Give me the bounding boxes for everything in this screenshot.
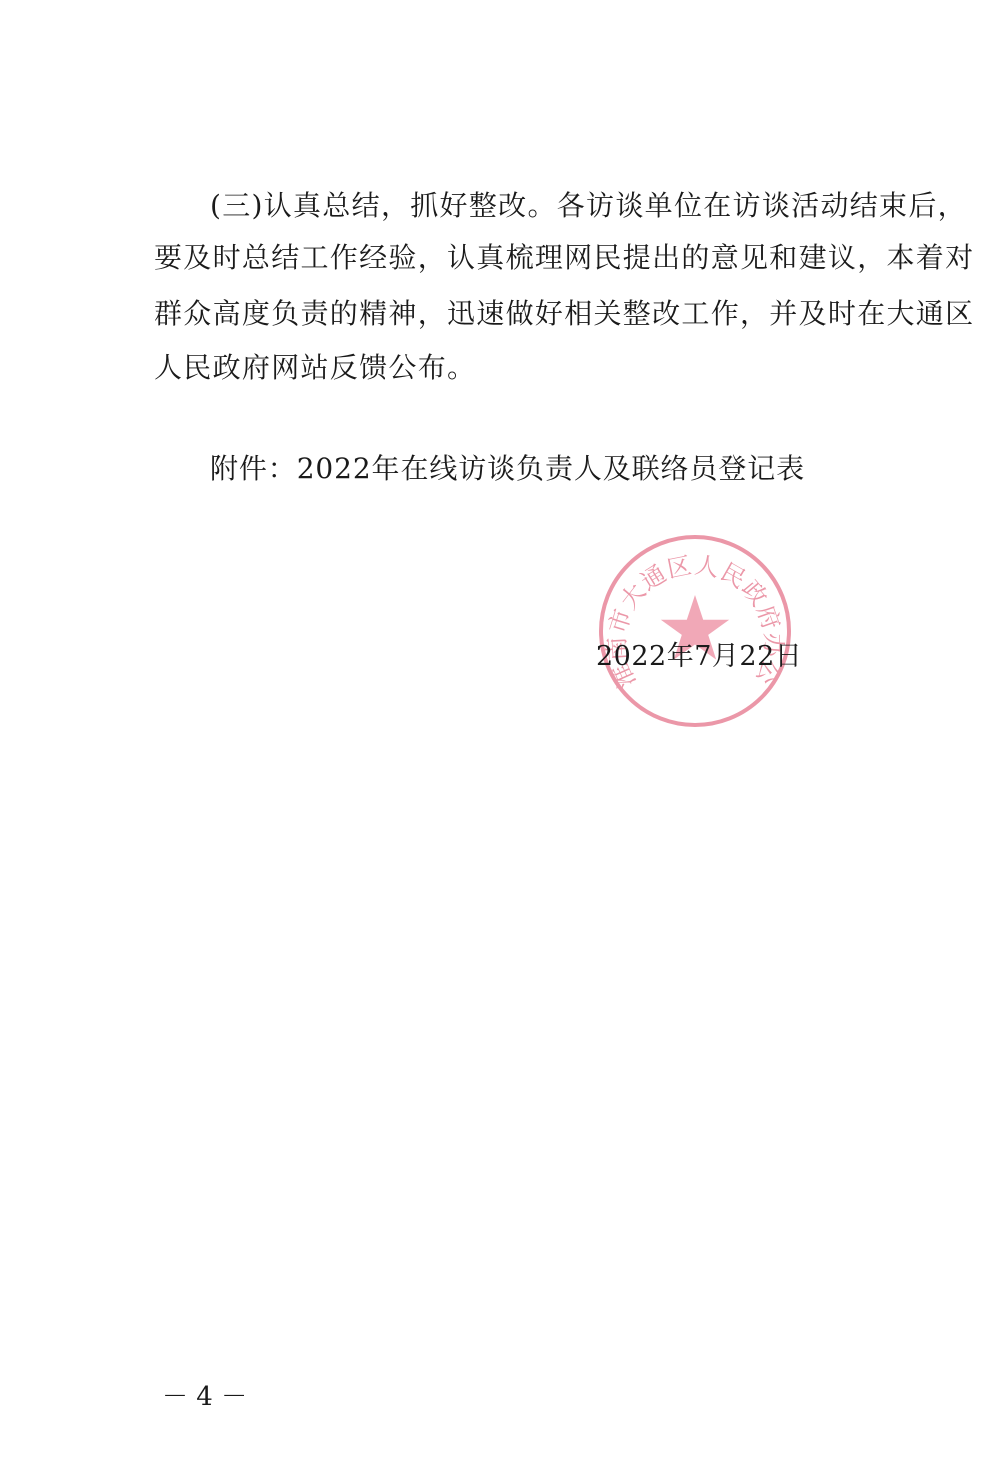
- paragraph-line-2: 要及时总结工作经验，认真梳理网民提出的意见和建议，本着对: [154, 240, 924, 276]
- paragraph-line-1: (三)认真总结，抓好整改。各访谈单位在访谈活动结束后，: [210, 188, 980, 224]
- official-seal: 淮南市大通区人民政府办公室: [597, 533, 793, 729]
- paragraph-line-4: 人民政府网站反馈公布。: [154, 350, 924, 386]
- page-number: － 4 －: [162, 1382, 247, 1412]
- paragraph-line-3: 群众高度负责的精神，迅速做好相关整改工作，并及时在大通区: [154, 296, 924, 332]
- attachment-note: 附件：2022年在线访谈负责人及联络员登记表: [210, 451, 805, 487]
- document-date: 2022年7月22日: [596, 640, 802, 674]
- document-page: (三)认真总结，抓好整改。各访谈单位在访谈活动结束后， 要及时总结工作经验，认真…: [0, 0, 1000, 1475]
